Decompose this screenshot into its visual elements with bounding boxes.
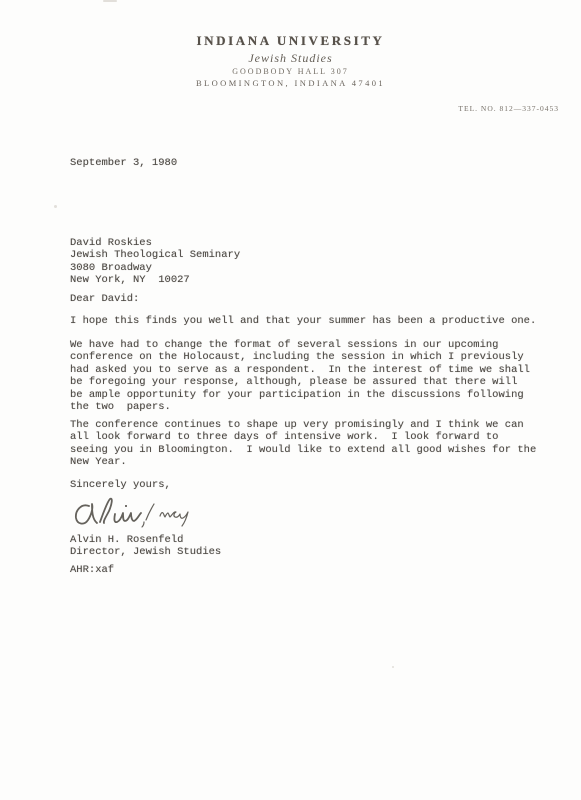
salutation: Dear David: <box>70 293 139 305</box>
letter-date: September 3, 1980 <box>70 157 177 169</box>
letterhead-hall-address: GOODBODY HALL 307 <box>0 67 581 76</box>
closing-line: Sincerely yours, <box>70 479 171 491</box>
letterhead-phone-number: TEL. NO. 812—337-0453 <box>458 104 559 113</box>
handwritten-signature <box>72 493 204 535</box>
letterhead-institution: INDIANA UNIVERSITY <box>0 33 581 49</box>
signer-title: Director, Jewish Studies <box>70 546 221 558</box>
recipient-address-block: David Roskies Jewish Theological Seminar… <box>70 237 240 287</box>
scan-artifact-speck <box>54 205 57 208</box>
letterhead-city-address: BLOOMINGTON, INDIANA 47401 <box>0 78 581 88</box>
scanned-letter-page: INDIANA UNIVERSITY Jewish Studies GOODBO… <box>0 0 581 800</box>
signer-name: Alvin H. Rosenfeld <box>70 534 183 546</box>
body-paragraph-2: We have had to change the format of seve… <box>70 339 550 413</box>
scan-artifact-speck <box>103 0 117 2</box>
reference-initials: AHR:xaf <box>70 564 114 576</box>
scan-artifact-speck <box>392 666 394 668</box>
body-paragraph-1: I hope this finds you well and that your… <box>70 315 550 327</box>
signature-ink-icon <box>72 493 204 535</box>
body-paragraph-3: The conference continues to shape up ver… <box>70 419 550 469</box>
letterhead-department: Jewish Studies <box>0 51 581 66</box>
